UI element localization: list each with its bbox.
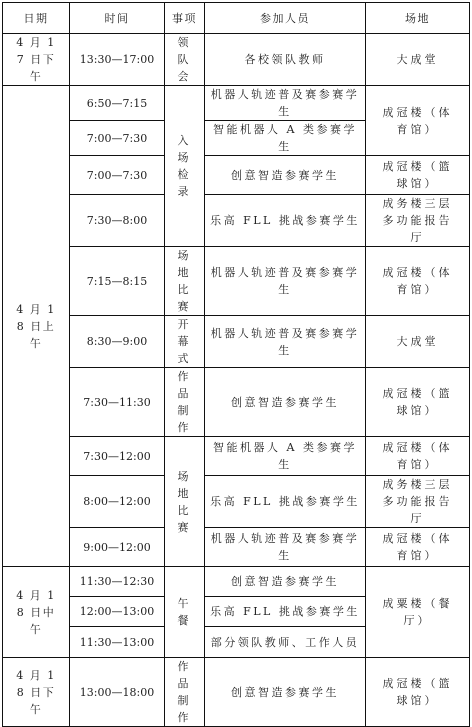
header-row: 日期 时间 事项 参加人员 场地 [3,3,470,34]
item-cell: 场地比赛 [165,437,205,567]
venue-cell: 大成堂 [366,34,470,86]
venue-cell: 成冠楼（体育馆） [366,437,470,476]
date-cell: 4 月 18 日上午 [3,86,70,567]
people-cell: 乐高 FLL 挑战参赛学生 [205,476,366,528]
table-row: 4 月 17 日下午 13:30—17:00 领队会 各校领队教师 大成堂 [3,34,470,86]
venue-cell: 成冠楼（体育馆） [366,247,470,316]
table-row: 4 月 18 日上午 6:50—7:15 入场检录 机器人轨迹普及赛参赛学生 成… [3,86,470,121]
venue-cell: 成冠楼（篮球馆） [366,368,470,437]
table-row: 7:30—12:00 场地比赛 智能机器人 A 类参赛学生 成冠楼（体育馆） [3,437,470,476]
item-cell: 作品制作 [165,368,205,437]
venue-cell: 成务楼三层多功能报告厅 [366,195,470,247]
header-venue: 场地 [366,3,470,34]
people-cell: 创意智造参赛学生 [205,156,366,195]
date-cell: 4 月 17 日下午 [3,34,70,86]
time-cell: 13:30—17:00 [70,34,165,86]
table-row: 8:00—12:00 乐高 FLL 挑战参赛学生 成务楼三层多功能报告厅 [3,476,470,528]
venue-cell: 成冠楼（篮球馆） [366,156,470,195]
time-cell: 7:00—7:30 [70,121,165,156]
people-cell: 机器人轨迹普及赛参赛学生 [205,86,366,121]
header-date: 日期 [3,3,70,34]
header-people: 参加人员 [205,3,366,34]
time-cell: 7:30—8:00 [70,195,165,247]
time-cell: 9:00—12:00 [70,528,165,567]
people-cell: 各校领队教师 [205,34,366,86]
table-row: 7:00—7:30 创意智造参赛学生 成冠楼（篮球馆） [3,156,470,195]
time-cell: 7:30—11:30 [70,368,165,437]
date-cell: 4 月 18 日中午 [3,567,70,574]
table-row: 7:15—8:15 场地比赛 机器人轨迹普及赛参赛学生 成冠楼（体育馆） [3,247,470,316]
header-time: 时间 [70,3,165,34]
time-cell: 7:00—7:30 [70,156,165,195]
people-cell: 机器人轨迹普及赛参赛学生 [205,247,366,316]
time-cell: 7:15—8:15 [70,247,165,316]
venue-cell: 大成堂 [366,316,470,368]
people-cell: 智能机器人 A 类参赛学生 [205,437,366,476]
item-cell: 入场检录 [165,86,205,247]
venue-cell: 成务楼三层多功能报告厅 [366,476,470,528]
people-cell: 机器人轨迹普及赛参赛学生 [205,528,366,567]
venue-cell: 成冠楼（体育馆） [366,86,470,156]
item-cell: 午餐 [165,567,205,574]
time-cell: 8:00—12:00 [70,476,165,528]
table-row: 7:30—11:30 作品制作 创意智造参赛学生 成冠楼（篮球馆） [3,368,470,437]
people-cell: 机器人轨迹普及赛参赛学生 [205,316,366,368]
venue-cell: 成冠楼（体育馆） [366,528,470,567]
item-cell: 场地比赛 [165,247,205,316]
table-row: 7:30—8:00 乐高 FLL 挑战参赛学生 成务楼三层多功能报告厅 [3,195,470,247]
item-cell: 领队会 [165,34,205,86]
table-row: 4 月 18 日中午 11:30—12:30 午餐 创意智造参赛学生 成粟楼（餐… [3,567,470,574]
time-cell: 7:30—12:00 [70,437,165,476]
people-cell: 创意智造参赛学生 [205,567,366,574]
table-row: 9:00—12:00 机器人轨迹普及赛参赛学生 成冠楼（体育馆） [3,528,470,567]
header-item: 事项 [165,3,205,34]
people-cell: 智能机器人 A 类参赛学生 [205,121,366,156]
schedule-table: 日期 时间 事项 参加人员 场地 4 月 17 日下午 13:30—17:00 … [2,2,470,573]
people-cell: 乐高 FLL 挑战参赛学生 [205,195,366,247]
venue-cell: 成粟楼（餐厅） [366,567,470,574]
time-cell: 8:30—9:00 [70,316,165,368]
table-row: 8:30—9:00 开幕式 机器人轨迹普及赛参赛学生 大成堂 [3,316,470,368]
item-cell: 开幕式 [165,316,205,368]
people-cell: 创意智造参赛学生 [205,368,366,437]
time-cell: 11:30—12:30 [70,567,165,574]
time-cell: 6:50—7:15 [70,86,165,121]
